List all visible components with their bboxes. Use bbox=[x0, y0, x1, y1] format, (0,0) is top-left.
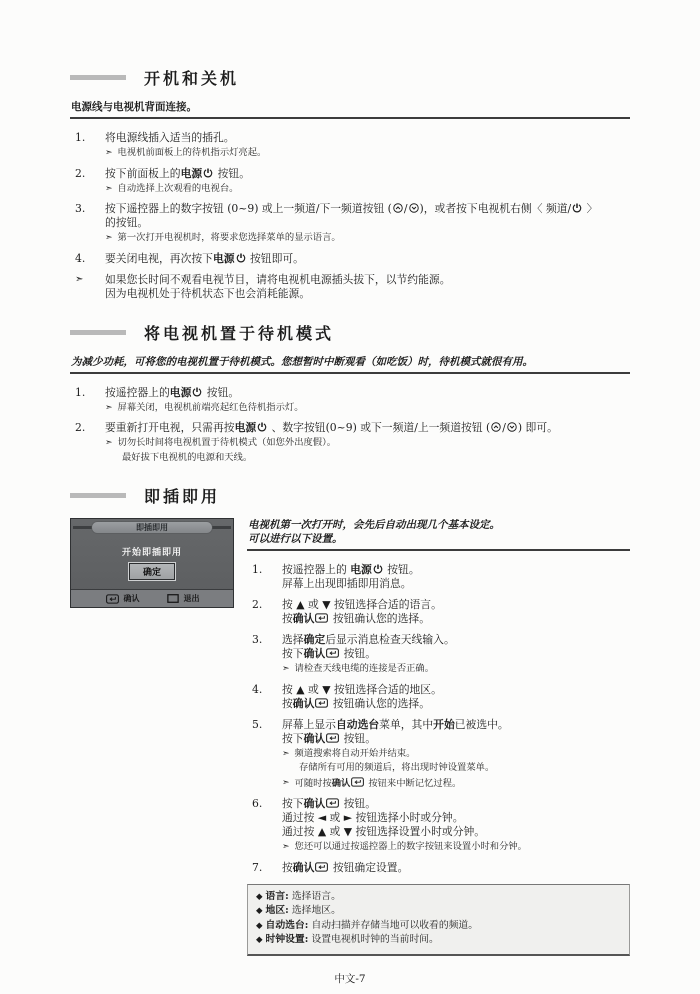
text-segment: 确认 bbox=[293, 861, 315, 874]
section-standby-mode: 将电视机置于待机模式 为减少功耗，可将您的电视机置于待机模式。您想暂时中断观看（… bbox=[70, 321, 630, 465]
summary-item: ◆时钟设置: 设置电视机时钟的当前时间。 bbox=[256, 933, 621, 948]
step-item: 2.要重新打开电视，只需再按电源 、数字按钮(0~9) 或下一频道/上一频道按钮… bbox=[71, 421, 630, 464]
note-text: 第一次打开电视机时，将要求您选择菜单的显示语言。 bbox=[118, 232, 341, 245]
text-segment: 请检查天线电缆的连接是否正确。 bbox=[295, 663, 434, 674]
text-segment: 频道搜索将自动开始并结束。 bbox=[295, 748, 416, 759]
step-line: 屏幕上显示自动选台菜单，其中开始已被选中。 bbox=[282, 718, 630, 732]
power-icon bbox=[192, 387, 202, 397]
enter-confirm-icon bbox=[315, 613, 328, 623]
step-body: 要关闭电视，再次按下电源 按钮即可。 bbox=[105, 252, 630, 266]
step-body: 如果您长时间不观看电视节目，请将电视机电源插头拔下，以节约能源。因为电视机处于待… bbox=[105, 273, 630, 301]
summary-item: ◆语言: 选择语言。 bbox=[256, 890, 621, 905]
section-rule bbox=[247, 549, 630, 551]
summary-text: 自动扫描并存储当地可以收看的频道。 bbox=[308, 920, 478, 931]
exit-square-icon bbox=[167, 594, 179, 603]
note-arrow-icon: ➣ bbox=[282, 663, 290, 676]
text-segment: 可以进行以下设置。 bbox=[248, 533, 343, 545]
section-steps: 1.按遥控器上的电源 按钮。➣屏幕关闭，电视机前端亮起红色待机指示灯。2.要重新… bbox=[71, 386, 630, 465]
text-segment: 按遥控器上的 bbox=[105, 386, 170, 399]
section-marker-bar bbox=[70, 493, 126, 498]
step-number: 1. bbox=[71, 386, 105, 415]
section-rule bbox=[70, 372, 630, 374]
channel-down-icon bbox=[507, 422, 517, 432]
note-text: 电视机前面板上的待机指示灯亮起。 bbox=[118, 147, 267, 160]
step-body: 按确认 按钮确定设置。 bbox=[282, 861, 630, 875]
text-segment: ) 即可。 bbox=[518, 421, 558, 434]
note-text: 屏幕关闭，电视机前端亮起红色待机指示灯。 bbox=[118, 402, 304, 415]
text-segment: 电源 bbox=[235, 421, 257, 434]
text-segment: )，或者按下电视机右侧〈 频道/ bbox=[420, 202, 572, 215]
step-item: 1.将电源线插入适当的插孔。➣电视机前面板上的待机指示灯亮起。 bbox=[71, 131, 630, 160]
step-number: 2. bbox=[71, 167, 105, 196]
note-arrow-icon: ➣ bbox=[282, 748, 290, 761]
text-segment: 按钮。 bbox=[340, 797, 376, 810]
step-line: 按 ▲ 或 ▼ 按钮选择合适的地区。 bbox=[282, 683, 630, 697]
diamond-bullet-icon: ◆ bbox=[256, 906, 263, 916]
step-line: 屏幕上出现即插即用消息。 bbox=[282, 577, 630, 591]
step-number: 3. bbox=[248, 633, 282, 676]
osd-exit-label: 退出 bbox=[184, 593, 200, 604]
step-line: 按下遥控器上的数字按钮 (0~9) 或上一频道/下一频道按钮 (/)，或者按下电… bbox=[105, 202, 630, 216]
text-segment: 后显示消息检查天线输入。 bbox=[325, 633, 455, 646]
step-line: 如果您长时间不观看电视节目，请将电视机电源插头拔下，以节约能源。 bbox=[105, 273, 630, 287]
text-segment: 通过按 ▲ 或 ▼ 按钮选择设置小时或分钟。 bbox=[282, 825, 485, 838]
step-item: 3.按下遥控器上的数字按钮 (0~9) 或上一频道/下一频道按钮 (/)，或者按… bbox=[71, 202, 630, 245]
step-body: 按下前面板上的电源 按钮。➣自动选择上次观看的电视台。 bbox=[105, 167, 630, 196]
text-segment: 切勿长时间将电视机置于待机模式（如您外出度假）。 bbox=[118, 437, 336, 448]
plug-play-summary-box: ◆语言: 选择语言。◆地区: 选择地区。◆自动选台: 自动扫描并存储当地可以收看… bbox=[247, 884, 630, 956]
osd-confirm-hint: 确认 bbox=[105, 593, 140, 604]
text-segment: 确定 bbox=[304, 633, 326, 646]
note-line: ➣第一次打开电视机时，将要求您选择菜单的显示语言。 bbox=[105, 232, 630, 245]
text-segment: 按钮确认您的选择。 bbox=[329, 612, 430, 625]
note-line: 最好拔下电视机的电源和天线。 bbox=[105, 452, 630, 465]
note-text: 您还可以通过按遥控器上的数字按钮来设置小时和分钟。 bbox=[295, 841, 527, 854]
step-body: 按遥控器上的电源 按钮。➣屏幕关闭，电视机前端亮起红色待机指示灯。 bbox=[105, 386, 630, 415]
step-item: 1.按遥控器上的电源 按钮。➣屏幕关闭，电视机前端亮起红色待机指示灯。 bbox=[71, 386, 630, 415]
text-segment: 按 bbox=[282, 697, 293, 710]
text-segment: 按钮确认您的选择。 bbox=[329, 697, 430, 710]
text-segment: 按钮。 bbox=[340, 647, 376, 660]
text-segment: 电视机前面板上的待机指示灯亮起。 bbox=[118, 147, 267, 158]
enter-confirm-icon bbox=[326, 733, 339, 743]
channel-up-icon bbox=[393, 203, 403, 213]
osd-title: 即插即用 bbox=[92, 522, 212, 533]
text-segment: 按钮。 bbox=[384, 563, 420, 576]
text-segment: 开始 bbox=[433, 718, 455, 731]
section-title: 开机和关机 bbox=[144, 66, 239, 89]
text-segment: 按下 bbox=[282, 647, 304, 660]
power-icon bbox=[257, 422, 267, 432]
section-steps: 1.按遥控器上的 电源 按钮。屏幕上出现即插即用消息。2.按 ▲ 或 ▼ 按钮选… bbox=[248, 563, 630, 875]
step-item: 2.按下前面板上的电源 按钮。➣自动选择上次观看的电视台。 bbox=[71, 167, 630, 196]
step-line: 要重新打开电视，只需再按电源 、数字按钮(0~9) 或下一频道/上一频道按钮 (… bbox=[105, 421, 630, 435]
step-number: 4. bbox=[71, 252, 105, 266]
text-segment: 自动选择上次观看的电视台。 bbox=[118, 183, 239, 194]
text-segment: 按下 bbox=[282, 732, 304, 745]
text-segment: 〉 bbox=[583, 202, 597, 215]
text-segment: 按钮确定设置。 bbox=[329, 861, 408, 874]
text-segment: 按 ▲ 或 ▼ 按钮选择合适的地区。 bbox=[282, 683, 442, 696]
section-intro-line: 电视机第一次打开时，会先后自动出现几个基本设定。 bbox=[248, 518, 630, 532]
step-line: 将电源线插入适当的插孔。 bbox=[105, 131, 630, 145]
text-segment: 按钮来中断记忆过程。 bbox=[365, 778, 461, 789]
step-number: 1. bbox=[71, 131, 105, 160]
page-number: 中文-7 bbox=[70, 971, 630, 986]
text-segment: 您还可以通过按遥控器上的数字按钮来设置小时和分钟。 bbox=[295, 841, 527, 852]
text-segment: 屏幕上显示 bbox=[282, 718, 336, 731]
section-steps: 1.将电源线插入适当的插孔。➣电视机前面板上的待机指示灯亮起。2.按下前面板上的… bbox=[71, 131, 630, 301]
text-segment: 按 ▲ 或 ▼ 按钮选择合适的语言。 bbox=[282, 598, 442, 611]
section-power-on-off: 开机和关机 电源线与电视机背面连接。 1.将电源线插入适当的插孔。➣电视机前面板… bbox=[70, 66, 630, 301]
text-segment: 通过按 ◄ 或 ► 按钮选择小时或分钟。 bbox=[282, 811, 464, 824]
text-segment: 按钮即可。 bbox=[247, 252, 304, 265]
text-segment: 第一次打开电视机时，将要求您选择菜单的显示语言。 bbox=[118, 232, 341, 243]
note-arrow-icon: ➣ bbox=[282, 841, 290, 854]
enter-confirm-icon bbox=[315, 862, 328, 872]
note-line: 存储所有可用的频道后，将出现时钟设置菜单。 bbox=[282, 762, 630, 775]
step-line: 按 ▲ 或 ▼ 按钮选择合适的语言。 bbox=[282, 598, 630, 612]
note-arrow-icon: ➣ bbox=[105, 183, 113, 196]
text-segment: 电源 bbox=[213, 252, 235, 265]
summary-label: 语言: bbox=[266, 891, 289, 902]
summary-label: 时钟设置: bbox=[266, 934, 309, 945]
step-number: 2. bbox=[248, 598, 282, 626]
note-line: ➣您还可以通过按遥控器上的数字按钮来设置小时和分钟。 bbox=[282, 841, 630, 854]
section-plug-and-play: 即插即用 即插即用 开始即插即用 确定 确认 退出 bbox=[70, 484, 630, 956]
note-text: 切勿长时间将电视机置于待机模式（如您外出度假）。 bbox=[118, 437, 336, 450]
power-icon bbox=[373, 564, 383, 574]
step-item: 1.按遥控器上的 电源 按钮。屏幕上出现即插即用消息。 bbox=[248, 563, 630, 591]
note-text: 可随时按确认 按钮来中断记忆过程。 bbox=[295, 777, 462, 791]
note-text: 请检查天线电缆的连接是否正确。 bbox=[295, 663, 434, 676]
step-body: 按下确认 按钮。通过按 ◄ 或 ► 按钮选择小时或分钟。通过按 ▲ 或 ▼ 按钮… bbox=[282, 797, 630, 854]
section-marker-bar bbox=[70, 330, 126, 335]
osd-ok-button: 确定 bbox=[129, 563, 175, 580]
diamond-bullet-icon: ◆ bbox=[256, 935, 263, 945]
note-arrow-icon: ➣ bbox=[282, 777, 290, 791]
step-line: 因为电视机处于待机状态下也会消耗能源。 bbox=[105, 287, 630, 301]
step-number: 5. bbox=[248, 718, 282, 791]
text-segment: / bbox=[502, 421, 506, 434]
step-line: 要关闭电视，再次按下电源 按钮即可。 bbox=[105, 252, 630, 266]
diamond-bullet-icon: ◆ bbox=[256, 921, 263, 931]
note-arrow-icon: ➣ bbox=[105, 402, 113, 415]
text-segment: 如果您长时间不观看电视节目，请将电视机电源插头拔下，以节约能源。 bbox=[105, 273, 451, 286]
section-note: ➣如果您长时间不观看电视节目，请将电视机电源插头拔下，以节约能源。因为电视机处于… bbox=[71, 273, 630, 301]
summary-text: 设置电视机时钟的当前时间。 bbox=[308, 934, 438, 945]
step-line: 按遥控器上的 电源 按钮。 bbox=[282, 563, 630, 577]
summary-item: ◆地区: 选择地区。 bbox=[256, 904, 621, 919]
text-segment: 存储所有可用的频道后，将出现时钟设置菜单。 bbox=[299, 762, 494, 773]
step-item: 2.按 ▲ 或 ▼ 按钮选择合适的语言。按确认 按钮确认您的选择。 bbox=[248, 598, 630, 626]
step-line: 按遥控器上的电源 按钮。 bbox=[105, 386, 630, 400]
note-text: 频道搜索将自动开始并结束。 bbox=[295, 748, 416, 761]
osd-hint-bar: 确认 退出 bbox=[71, 589, 233, 607]
section-rule bbox=[70, 117, 630, 119]
text-segment: 确认 bbox=[293, 697, 315, 710]
step-item: 6.按下确认 按钮。通过按 ◄ 或 ► 按钮选择小时或分钟。通过按 ▲ 或 ▼ … bbox=[248, 797, 630, 854]
note-line: ➣自动选择上次观看的电视台。 bbox=[105, 183, 630, 196]
note-arrow-icon: ➣ bbox=[71, 273, 105, 301]
text-segment: 电源线与电视机背面连接。 bbox=[71, 101, 197, 113]
section-intro-line: 可以进行以下设置。 bbox=[248, 532, 630, 546]
section-intro: 为减少功耗，可将您的电视机置于待机模式。您想暂时中断观看（如吃饭）时，待机模式就… bbox=[71, 355, 630, 369]
power-icon bbox=[572, 203, 582, 213]
osd-screen-illustration: 即插即用 开始即插即用 确定 确认 退出 bbox=[70, 518, 234, 608]
summary-label: 自动选台: bbox=[266, 920, 309, 931]
summary-label: 地区: bbox=[266, 905, 289, 916]
note-line: ➣切勿长时间将电视机置于待机模式（如您外出度假）。 bbox=[105, 437, 630, 450]
section-marker-bar bbox=[70, 75, 126, 80]
text-segment: 确认 bbox=[293, 612, 315, 625]
section-title: 将电视机置于待机模式 bbox=[144, 321, 334, 344]
text-segment: 、数字按钮(0~9) 或下一频道/上一频道按钮 ( bbox=[268, 421, 490, 434]
text-segment: 电源 bbox=[181, 167, 203, 180]
text-segment: 选择 bbox=[282, 633, 304, 646]
summary-item: ◆自动选台: 自动扫描并存储当地可以收看的频道。 bbox=[256, 919, 621, 934]
step-body: 按下遥控器上的数字按钮 (0~9) 或上一频道/下一频道按钮 (/)，或者按下电… bbox=[105, 202, 630, 245]
note-text: 存储所有可用的频道后，将出现时钟设置菜单。 bbox=[299, 762, 494, 775]
step-line: 通过按 ◄ 或 ► 按钮选择小时或分钟。 bbox=[282, 811, 630, 825]
text-segment: 确认 bbox=[304, 647, 326, 660]
note-text: 最好拔下电视机的电源和天线。 bbox=[122, 452, 252, 465]
step-line: 按下前面板上的电源 按钮。 bbox=[105, 167, 630, 181]
enter-confirm-icon bbox=[326, 648, 339, 658]
text-segment: 按钮。 bbox=[340, 732, 376, 745]
text-segment: 要重新打开电视，只需再按 bbox=[105, 421, 235, 434]
text-segment: / bbox=[404, 202, 408, 215]
section-intro: 电源线与电视机背面连接。 bbox=[71, 100, 630, 114]
note-line: ➣可随时按确认 按钮来中断记忆过程。 bbox=[282, 777, 630, 791]
section-title: 即插即用 bbox=[144, 484, 220, 507]
text-segment: 按下遥控器上的数字按钮 (0~9) 或上一频道/下一频道按钮 ( bbox=[105, 202, 392, 215]
step-body: 选择确定后显示消息检查天线输入。按下确认 按钮。➣请检查天线电缆的连接是否正确。 bbox=[282, 633, 630, 676]
text-segment: 按下前面板上的 bbox=[105, 167, 181, 180]
step-line: 按下确认 按钮。 bbox=[282, 647, 630, 661]
power-icon bbox=[236, 253, 246, 263]
note-line: ➣请检查天线电缆的连接是否正确。 bbox=[282, 663, 630, 676]
step-number: 6. bbox=[248, 797, 282, 854]
text-segment: 已被选中。 bbox=[455, 718, 509, 731]
note-line: ➣屏幕关闭，电视机前端亮起红色待机指示灯。 bbox=[105, 402, 630, 415]
osd-exit-hint: 退出 bbox=[166, 593, 200, 604]
osd-body: 开始即插即用 确定 bbox=[71, 535, 233, 589]
text-segment: 按钮。 bbox=[203, 386, 239, 399]
manual-page: 开机和关机 电源线与电视机背面连接。 1.将电源线插入适当的插孔。➣电视机前面板… bbox=[0, 0, 700, 994]
osd-confirm-label: 确认 bbox=[124, 593, 140, 604]
step-item: 4.要关闭电视，再次按下电源 按钮即可。 bbox=[71, 252, 630, 266]
enter-confirm-icon bbox=[326, 798, 339, 808]
text-segment: 电源 bbox=[170, 386, 192, 399]
section-intro-line: 电源线与电视机背面连接。 bbox=[71, 100, 630, 114]
step-item: 5.屏幕上显示自动选台菜单，其中开始已被选中。按下确认 按钮。➣频道搜索将自动开… bbox=[248, 718, 630, 791]
enter-confirm-icon bbox=[106, 594, 119, 604]
section-intro: 电视机第一次打开时，会先后自动出现几个基本设定。可以进行以下设置。 bbox=[248, 518, 630, 546]
text-segment: 的按钮。 bbox=[105, 216, 148, 229]
text-segment: 按 bbox=[282, 861, 293, 874]
channel-up-icon bbox=[491, 422, 501, 432]
note-text: 自动选择上次观看的电视台。 bbox=[118, 183, 239, 196]
step-number: 2. bbox=[71, 421, 105, 464]
channel-down-icon bbox=[409, 203, 419, 213]
step-line: 按确认 按钮确定设置。 bbox=[282, 861, 630, 875]
section-header: 开机和关机 bbox=[70, 66, 630, 89]
step-body: 屏幕上显示自动选台菜单，其中开始已被选中。按下确认 按钮。➣频道搜索将自动开始并… bbox=[282, 718, 630, 791]
step-number: 3. bbox=[71, 202, 105, 245]
osd-title-bar: 即插即用 bbox=[71, 519, 233, 535]
step-number: 4. bbox=[248, 683, 282, 711]
note-line: ➣频道搜索将自动开始并结束。 bbox=[282, 748, 630, 761]
step-body: 要重新打开电视，只需再按电源 、数字按钮(0~9) 或下一频道/上一频道按钮 (… bbox=[105, 421, 630, 464]
step-line: 按下确认 按钮。 bbox=[282, 732, 630, 746]
text-segment: 要关闭电视，再次按下 bbox=[105, 252, 213, 265]
step-body: 将电源线插入适当的插孔。➣电视机前面板上的待机指示灯亮起。 bbox=[105, 131, 630, 160]
text-segment: 按 bbox=[282, 612, 293, 625]
text-segment: 屏幕关闭，电视机前端亮起红色待机指示灯。 bbox=[118, 402, 304, 413]
text-segment: 菜单，其中 bbox=[379, 718, 433, 731]
diamond-bullet-icon: ◆ bbox=[256, 892, 263, 902]
step-line: 按下确认 按钮。 bbox=[282, 797, 630, 811]
text-segment: 确认 bbox=[332, 778, 351, 789]
step-line: 的按钮。 bbox=[105, 216, 630, 230]
step-item: 3.选择确定后显示消息检查天线输入。按下确认 按钮。➣请检查天线电缆的连接是否正… bbox=[248, 633, 630, 676]
step-line: 按确认 按钮确认您的选择。 bbox=[282, 612, 630, 626]
section-header: 将电视机置于待机模式 bbox=[70, 321, 630, 344]
text-segment: 确认 bbox=[304, 732, 326, 745]
text-segment: 电源 bbox=[350, 563, 372, 576]
text-segment: 屏幕上出现即插即用消息。 bbox=[282, 577, 412, 590]
step-body: 按 ▲ 或 ▼ 按钮选择合适的语言。按确认 按钮确认您的选择。 bbox=[282, 598, 630, 626]
section-header: 即插即用 bbox=[70, 484, 630, 507]
summary-text: 选择地区。 bbox=[289, 905, 341, 916]
section-intro-line: 为减少功耗，可将您的电视机置于待机模式。您想暂时中断观看（如吃饭）时，待机模式就… bbox=[71, 355, 630, 369]
step-line: 通过按 ▲ 或 ▼ 按钮选择设置小时或分钟。 bbox=[282, 825, 630, 839]
text-segment: 电视机第一次打开时，会先后自动出现几个基本设定。 bbox=[248, 519, 500, 531]
text-segment: 自动选台 bbox=[336, 718, 379, 731]
text-segment: 按下 bbox=[282, 797, 304, 810]
enter-confirm-icon bbox=[315, 698, 328, 708]
text-segment: 确认 bbox=[304, 797, 326, 810]
text-segment: 将电源线插入适当的插孔。 bbox=[105, 131, 235, 144]
text-segment: 为减少功耗，可将您的电视机置于待机模式。您想暂时中断观看（如吃饭）时，待机模式就… bbox=[71, 356, 533, 368]
osd-message: 开始即插即用 bbox=[122, 545, 182, 558]
step-item: 7.按确认 按钮确定设置。 bbox=[248, 861, 630, 875]
step-line: 按确认 按钮确认您的选择。 bbox=[282, 697, 630, 711]
step-number: 7. bbox=[248, 861, 282, 875]
step-line: 选择确定后显示消息检查天线输入。 bbox=[282, 633, 630, 647]
note-line: ➣电视机前面板上的待机指示灯亮起。 bbox=[105, 147, 630, 160]
note-arrow-icon: ➣ bbox=[105, 437, 113, 450]
step-body: 按遥控器上的 电源 按钮。屏幕上出现即插即用消息。 bbox=[282, 563, 630, 591]
power-icon bbox=[203, 168, 213, 178]
enter-confirm-icon bbox=[351, 777, 364, 787]
text-segment: 因为电视机处于待机状态下也会消耗能源。 bbox=[105, 287, 310, 300]
note-arrow-icon: ➣ bbox=[105, 147, 113, 160]
note-arrow-icon: ➣ bbox=[105, 232, 113, 245]
text-segment: 按遥控器上的 bbox=[282, 563, 350, 576]
step-item: 4.按 ▲ 或 ▼ 按钮选择合适的地区。按确认 按钮确认您的选择。 bbox=[248, 683, 630, 711]
text-segment: 最好拔下电视机的电源和天线。 bbox=[122, 452, 252, 463]
text-segment: 可随时按 bbox=[295, 778, 332, 789]
text-segment: 按钮。 bbox=[214, 167, 250, 180]
summary-text: 选择语言。 bbox=[289, 891, 341, 902]
step-number: 1. bbox=[248, 563, 282, 591]
step-body: 按 ▲ 或 ▼ 按钮选择合适的地区。按确认 按钮确认您的选择。 bbox=[282, 683, 630, 711]
